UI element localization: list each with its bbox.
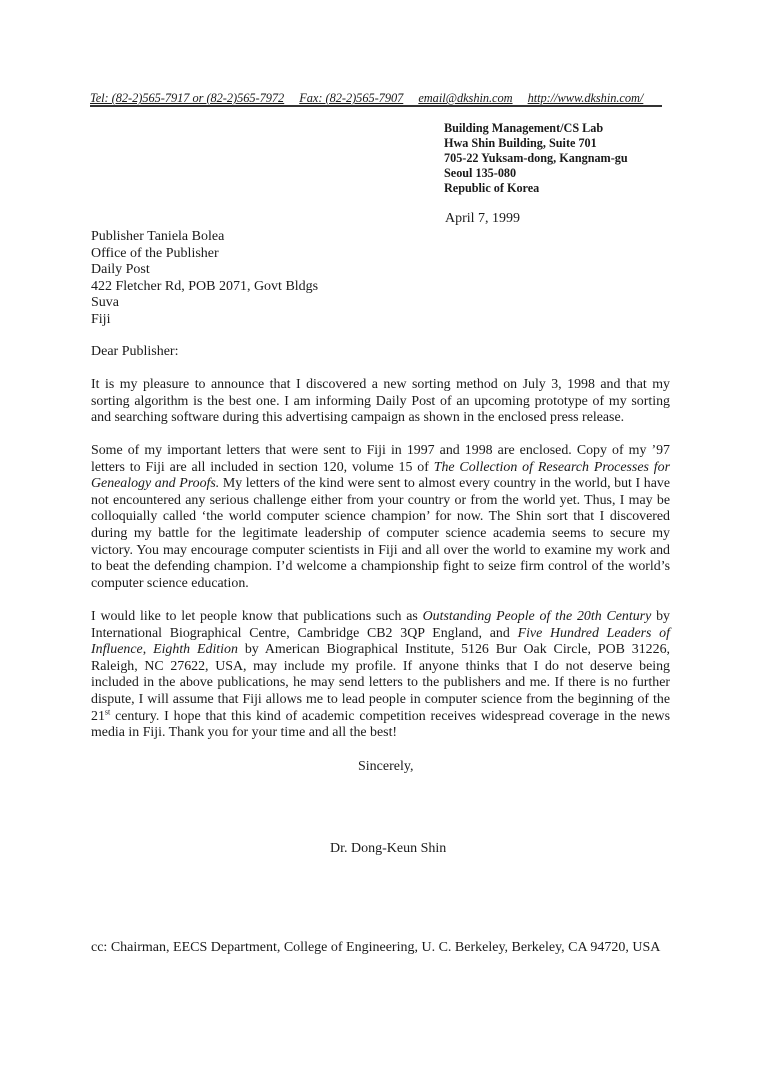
- recipient-address-line: Suva: [91, 295, 318, 312]
- sender-address-line: Hwa Shin Building, Suite 701: [444, 136, 628, 151]
- sender-address: Building Management/CS Lab Hwa Shin Buil…: [444, 121, 628, 196]
- body-paragraph-1: It is my pleasure to announce that I dis…: [91, 377, 670, 427]
- publication-title: Outstanding People of the 20th Century: [423, 609, 652, 624]
- publication-edition: Eighth Edition: [153, 642, 238, 657]
- telephone-numbers: Tel: (82-2)565-7917 or (82-2)565-7972: [90, 91, 284, 105]
- sender-address-line: Seoul 135-080: [444, 166, 628, 181]
- recipient-address: Publisher Taniela Bolea Office of the Pu…: [91, 229, 318, 329]
- closing: Sincerely,: [358, 759, 413, 775]
- recipient-address-line: Daily Post: [91, 262, 318, 279]
- recipient-address-line: Fiji: [91, 312, 318, 329]
- fax-number: Fax: (82-2)565-7907: [299, 91, 403, 105]
- sender-address-line: 705-22 Yuksam-dong, Kangnam-gu: [444, 151, 628, 166]
- recipient-address-line: 422 Fletcher Rd, POB 2071, Govt Bldgs: [91, 279, 318, 296]
- letterhead-contact-line: Tel: (82-2)565-7917 or (82-2)565-7972 Fa…: [90, 91, 662, 107]
- paragraph-text: ,: [143, 642, 153, 657]
- paragraph-text: My letters of the kind were sent to almo…: [91, 476, 670, 591]
- paragraph-text: century. I hope that this kind of academ…: [91, 709, 670, 741]
- letter-date: April 7, 1999: [445, 211, 520, 227]
- recipient-address-line: Publisher Taniela Bolea: [91, 229, 318, 246]
- sender-address-line: Building Management/CS Lab: [444, 121, 628, 136]
- signature-name: Dr. Dong-Keun Shin: [330, 841, 446, 857]
- body-paragraph-2: Some of my important letters that were s…: [91, 443, 670, 592]
- website-link[interactable]: http://www.dkshin.com/: [528, 91, 644, 105]
- letter-page: Tel: (82-2)565-7917 or (82-2)565-7972 Fa…: [0, 0, 760, 1074]
- recipient-address-line: Office of the Publisher: [91, 246, 318, 263]
- paragraph-text: I would like to let people know that pub…: [91, 609, 423, 624]
- sender-address-line: Republic of Korea: [444, 181, 628, 196]
- carbon-copy-line: cc: Chairman, EECS Department, College o…: [91, 940, 660, 956]
- email-link[interactable]: email@dkshin.com: [418, 91, 512, 105]
- body-paragraph-3: I would like to let people know that pub…: [91, 609, 670, 742]
- salutation: Dear Publisher:: [91, 344, 178, 360]
